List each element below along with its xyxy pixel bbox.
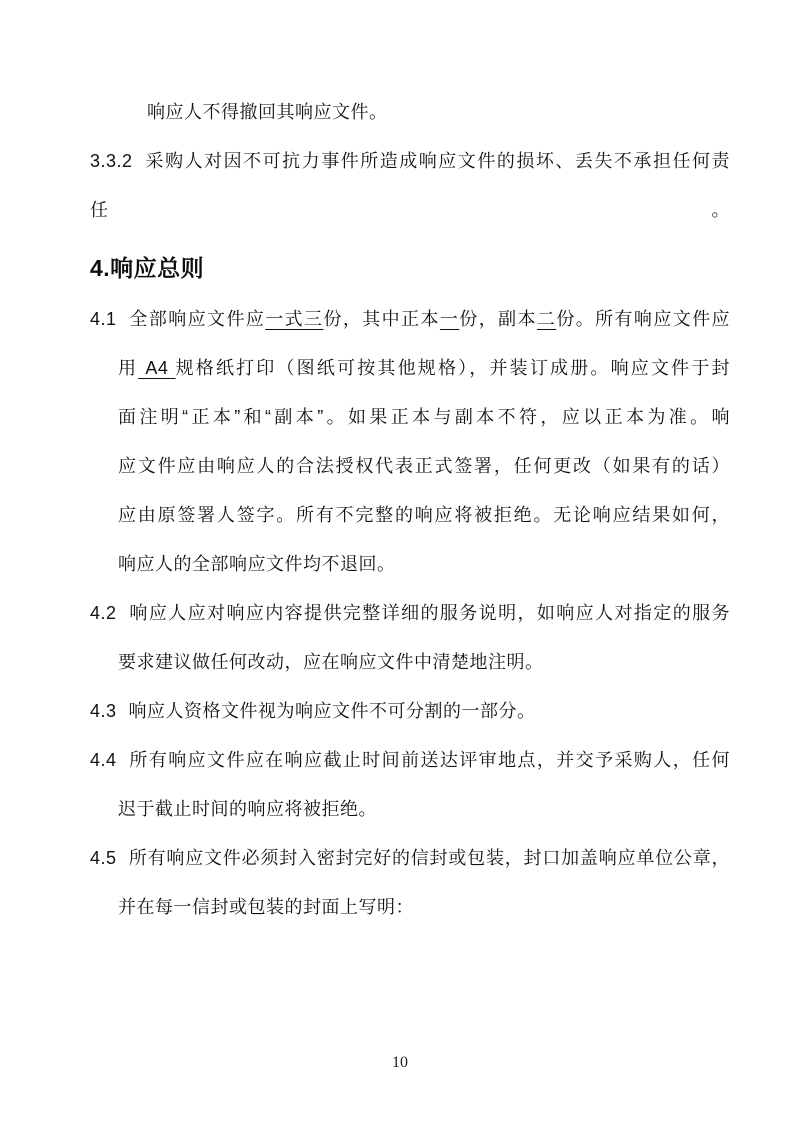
text-line: 4.2响应人应对响应内容提供完整详细的服务说明，如响应人对指定的服务 [90, 589, 730, 638]
text-segment: 份。所有响应文件应 [556, 309, 730, 329]
text-line: 应文件应由响应人的合法授权代表正式签署，任何更改（如果有的话） [90, 442, 730, 491]
clause-number: 4.5 [90, 848, 117, 868]
underlined-fill-in-text: 一 [440, 309, 459, 329]
text-segment: 响应人资格文件视为响应文件不可分割的一部分。 [129, 701, 536, 721]
text-line: 迟于截止时间的响应将被拒绝。 [90, 785, 730, 834]
text-segment: 并在每一信封或包装的封面上写明： [118, 897, 414, 917]
text-segment: 应文件应由响应人的合法授权代表正式签署，任何更改（如果有的话） [118, 456, 730, 476]
text-line: 并在每一信封或包装的封面上写明： [90, 883, 730, 932]
clause-number: 4.2 [90, 603, 117, 623]
clause-number: 4.1 [90, 309, 117, 329]
text-line: 用 A4 规格纸打印（图纸可按其他规格），并装订成册。响应文件于封 [90, 344, 730, 393]
clause-3-3-2: 3.3.2采购人对因不可抗力事件所造成响应文件的损坏、丢失不承担任何责任。 [90, 137, 730, 235]
text-line: 要求建议做任何改动，应在响应文件中清楚地注明。 [90, 638, 730, 687]
text-segment: 份，其中正本 [323, 309, 439, 329]
clause-4-3: 4.3响应人资格文件视为响应文件不可分割的一部分。 [90, 687, 730, 736]
text-line: 响应人的全部响应文件均不退回。 [90, 540, 730, 589]
text-line: 4.1全部响应文件应一式三份，其中正本一份，副本二份。所有响应文件应 [90, 295, 730, 344]
text-segment: 响应人不得撤回其响应文件。 [147, 102, 388, 122]
section-4-heading: 4.响应总则 [90, 252, 730, 284]
clause-4-1: 4.1全部响应文件应一式三份，其中正本一份，副本二份。所有响应文件应用 A4 规… [90, 295, 730, 589]
text-line: 响应人不得撤回其响应文件。 [90, 88, 730, 137]
text-segment: 规格纸打印（图纸可按其他规格），并装订成册。响应文件于封 [176, 358, 730, 378]
document-content: 响应人不得撤回其响应文件。3.3.2采购人对因不可抗力事件所造成响应文件的损坏、… [90, 88, 730, 932]
document-page: 响应人不得撤回其响应文件。3.3.2采购人对因不可抗力事件所造成响应文件的损坏、… [0, 0, 800, 1131]
clause-3-3-1-continuation: 响应人不得撤回其响应文件。 [90, 88, 730, 137]
text-segment: 面注明“正本”和“副本”。如果正本与副本不符，应以正本为准。响 [118, 407, 730, 427]
text-line: 4.5所有响应文件必须封入密封完好的信封或包装，封口加盖响应单位公章， [90, 834, 730, 883]
clause-number: 4.3 [90, 701, 117, 721]
clause-number: 3.3.2 [90, 151, 133, 171]
text-segment: 份，副本 [459, 309, 537, 329]
text-segment: 应由原签署人签字。所有不完整的响应将被拒绝。无论响应结果如何， [118, 505, 730, 525]
text-line: 4.3响应人资格文件视为响应文件不可分割的一部分。 [90, 687, 730, 736]
underlined-fill-in-text: A4 [138, 358, 175, 378]
text-line: 面注明“正本”和“副本”。如果正本与副本不符，应以正本为准。响 [90, 393, 730, 442]
text-segment: 采购人对因不可抗力事件所造成响应文件的损坏、丢失不承担任何责任。 [90, 151, 730, 220]
text-segment: 全部响应文件应 [129, 309, 266, 329]
text-segment: 响应人应对响应内容提供完整详细的服务说明，如响应人对指定的服务 [129, 603, 730, 623]
page-number: 10 [392, 1054, 408, 1071]
text-line: 3.3.2采购人对因不可抗力事件所造成响应文件的损坏、丢失不承担任何责任。 [90, 137, 730, 235]
text-segment: 要求建议做任何改动，应在响应文件中清楚地注明。 [118, 652, 544, 672]
text-line: 应由原签署人签字。所有不完整的响应将被拒绝。无论响应结果如何， [90, 491, 730, 540]
underlined-fill-in-text: 二 [537, 309, 556, 329]
text-segment: 所有响应文件必须封入密封完好的信封或包装，封口加盖响应单位公章， [129, 848, 730, 868]
clause-4-2: 4.2响应人应对响应内容提供完整详细的服务说明，如响应人对指定的服务要求建议做任… [90, 589, 730, 687]
text-segment: 响应人的全部响应文件均不退回。 [118, 554, 396, 574]
page-footer: 10 [0, 1054, 800, 1072]
clause-4-4: 4.4所有响应文件应在响应截止时间前送达评审地点，并交予采购人，任何迟于截止时间… [90, 736, 730, 834]
text-segment: 迟于截止时间的响应将被拒绝。 [118, 799, 377, 819]
text-segment: 用 [118, 358, 138, 378]
clause-number: 4.4 [90, 750, 117, 770]
clause-4-5: 4.5所有响应文件必须封入密封完好的信封或包装，封口加盖响应单位公章，并在每一信… [90, 834, 730, 932]
underlined-fill-in-text: 一式三 [265, 309, 323, 329]
text-segment: 所有响应文件应在响应截止时间前送达评审地点，并交予采购人，任何 [129, 750, 730, 770]
text-line: 4.4所有响应文件应在响应截止时间前送达评审地点，并交予采购人，任何 [90, 736, 730, 785]
